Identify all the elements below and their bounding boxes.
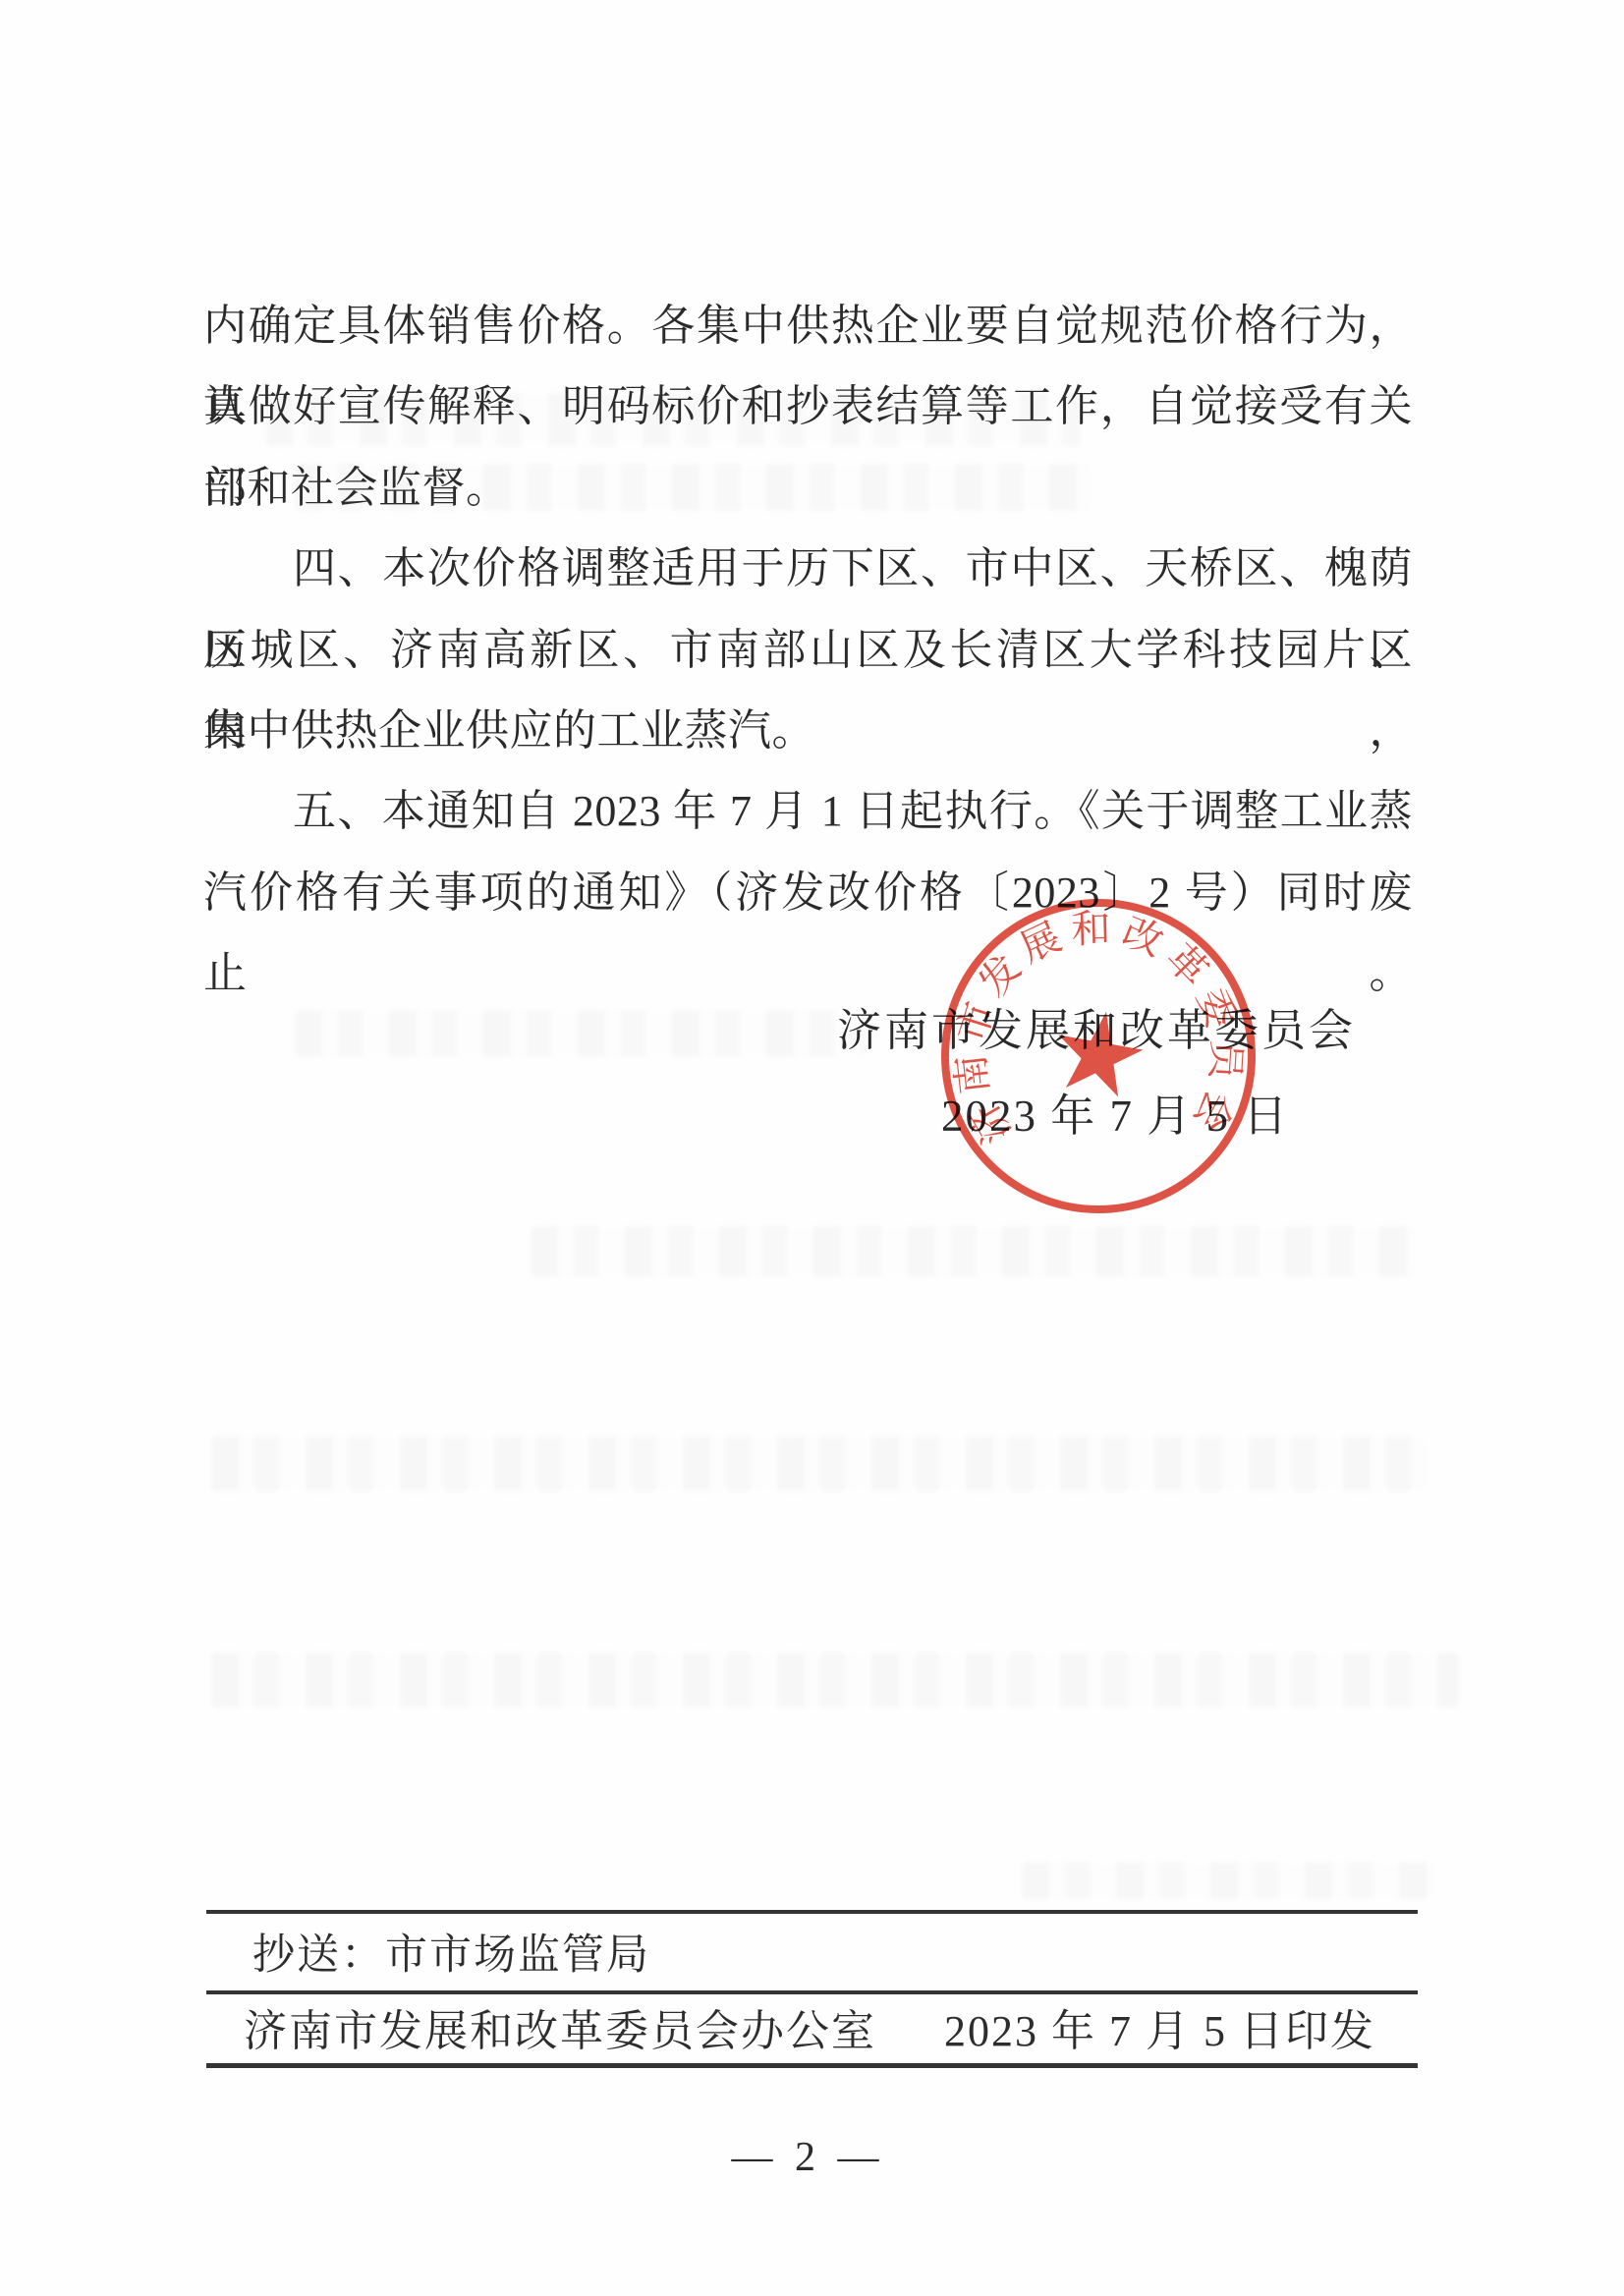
footer-rule-top [206,1910,1418,1914]
document-page: 内确定具体销售价格。各集中供热企业要自觉规范价格行为，认 真做好宣传解释、明码标… [0,0,1624,2296]
body-line: 历城区、济南高新区、市南部山区及长清区大学科技园片区内， [203,610,1413,691]
body-line: 汽价格有关事项的通知》（济发改价格〔2023〕2 号）同时废止。 [203,853,1413,933]
footer-rule-middle [206,1990,1418,1994]
bleed-through-band [531,1226,1415,1277]
body-line: 四、本次价格调整适用于历下区、市中区、天桥区、槐荫区、 [203,529,1413,609]
body-line: 内确定具体销售价格。各集中供热企业要自觉规范价格行为，认 [203,286,1413,366]
body-line: 五、本通知自 2023 年 7 月 1 日起执行。《关于调整工业蒸 [203,771,1413,852]
bleed-through-band [211,1652,1459,1708]
signature-org: 济南市发展和改革委员会 [837,994,1356,1058]
bleed-through-band [295,464,1091,511]
issuer-line: 济南市发展和改革委员会办公室 [244,2002,876,2061]
body-text: 内确定具体销售价格。各集中供热企业要自觉规范价格行为，认 真做好宣传解释、明码标… [203,286,1413,933]
bleed-through-band [265,393,1081,446]
print-date: 2023 年 7 月 5 日印发 [944,2002,1375,2061]
page-number: — 2 — [203,2134,1413,2181]
bleed-through-band [1022,1862,1434,1899]
bleed-through-band [295,1010,865,1057]
bleed-through-band [211,1436,1429,1491]
signature-date: 2023 年 7 月 5 日 [941,1080,1289,1144]
cc-line: 抄送：市市场监管局 [252,1924,650,1988]
footer-rule-bottom [206,2063,1418,2068]
